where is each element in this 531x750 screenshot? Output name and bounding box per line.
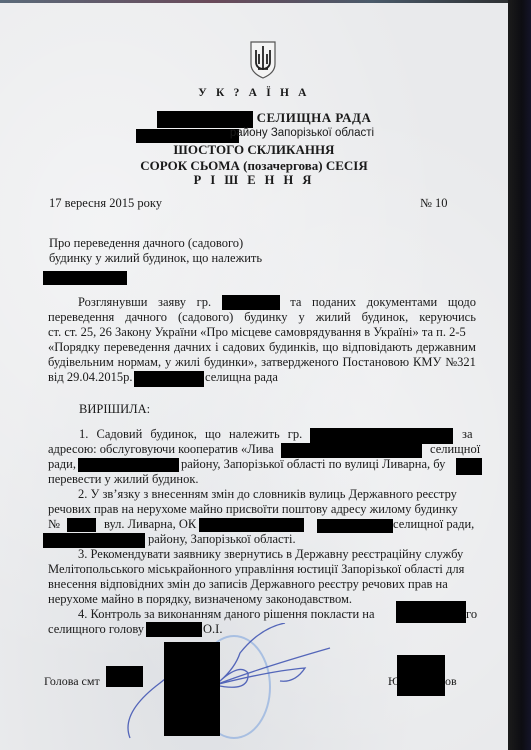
preamble-line-2: переведення дачного (садового) будинку у… (48, 310, 476, 325)
item2-line3-a: № (48, 517, 60, 532)
resolved-heading: ВИРІШИЛА: (79, 402, 150, 417)
subject-line-1: Про переведення дачного (садового) (49, 236, 243, 251)
redaction (397, 655, 445, 696)
item1-line1: 1. Садовий будинок, що належить гр. (79, 427, 302, 442)
item2-line3-b: вул. Ливарна, ОК (104, 517, 196, 532)
preamble-line-3: ст. ст. 25, 26 Закону України «Про місце… (48, 325, 466, 340)
redaction (164, 642, 220, 736)
preamble-line-1: Розглянувши заяву гр. та поданих докумен… (78, 295, 476, 310)
decision-date: 17 вересня 2015 року (49, 196, 162, 211)
redaction (396, 601, 466, 623)
item4-line1-end: го (466, 607, 477, 622)
signatory-name-end: ов (445, 674, 457, 689)
item2-line4: району, Запорізької області. (148, 532, 296, 547)
redaction (222, 295, 280, 310)
redaction (106, 666, 143, 687)
item1-line3-start: ради, (48, 457, 76, 472)
redaction (317, 519, 393, 533)
redaction (134, 371, 204, 387)
preamble-line-5: будівельним нормам, у жилі будинки», зат… (48, 355, 476, 370)
decision-number: № 10 (420, 196, 448, 211)
item1-line2: адресою: обслуговуючи кооператив «Лива (48, 442, 274, 457)
redaction (78, 458, 179, 472)
scan-right-edge (508, 0, 531, 750)
country-name: У К ? А Ї Н А (0, 87, 508, 99)
preamble-line-6-start: від 29.04.2015р. (48, 370, 133, 385)
preamble-line-4: «Порядку переведення дачних і садових бу… (48, 340, 476, 355)
redaction (43, 271, 127, 285)
district-line: району Запорізької області (0, 127, 508, 139)
council-name: СЕЛИЩНА РАДА (0, 110, 508, 126)
document-page: У К ? А Ї Н А СЕЛИЩНА РАДА району Запорі… (0, 3, 508, 750)
signatory-title: Голова смт (44, 674, 100, 689)
item3-line1: 3. Рекомендувати заявнику звернутись в Д… (78, 547, 463, 562)
item2-line2: речових прав на нерухоме майно присвоїти… (48, 502, 458, 517)
item3-line3: внесення відповідних змін до записів Дер… (48, 577, 448, 592)
item1-line1-end: за (462, 427, 473, 442)
subject-line-2: будинку у жилий будинок, що належить (49, 251, 262, 266)
item3-line2: Мелітопольського міськрайонного управлін… (48, 562, 464, 577)
item4-line1: 4. Контроль за виконанням даного рішення… (78, 607, 375, 622)
item1-line3-mid: району, Запорізької області по вулиці Ли… (181, 457, 445, 472)
session-title: СОРОК СЬОМА (позачергова) СЕСІЯ (0, 158, 508, 174)
preamble-line-6-end: селищна рада (205, 370, 278, 385)
redaction (43, 533, 145, 548)
item3-line4: нерухоме майно в порядку, визначеному за… (48, 592, 352, 607)
item1-line4: перевести у жилий будинок. (48, 472, 199, 487)
convocation: ШОСТОГО СКЛИКАННЯ (0, 142, 508, 158)
item1-line2-end: селищної (430, 442, 480, 457)
redaction (199, 518, 304, 532)
document-type: Р І Ш Е Н Н Я (0, 173, 508, 188)
item2-line1: 2. У зв’язку з внесенням змін до словник… (78, 487, 457, 502)
trident-coat-of-arms-icon (248, 40, 278, 80)
redaction (67, 518, 96, 532)
handwritten-signature (120, 623, 340, 748)
item2-line3-c: селищної ради, (393, 517, 474, 532)
redaction (456, 458, 482, 475)
redaction (281, 443, 422, 458)
